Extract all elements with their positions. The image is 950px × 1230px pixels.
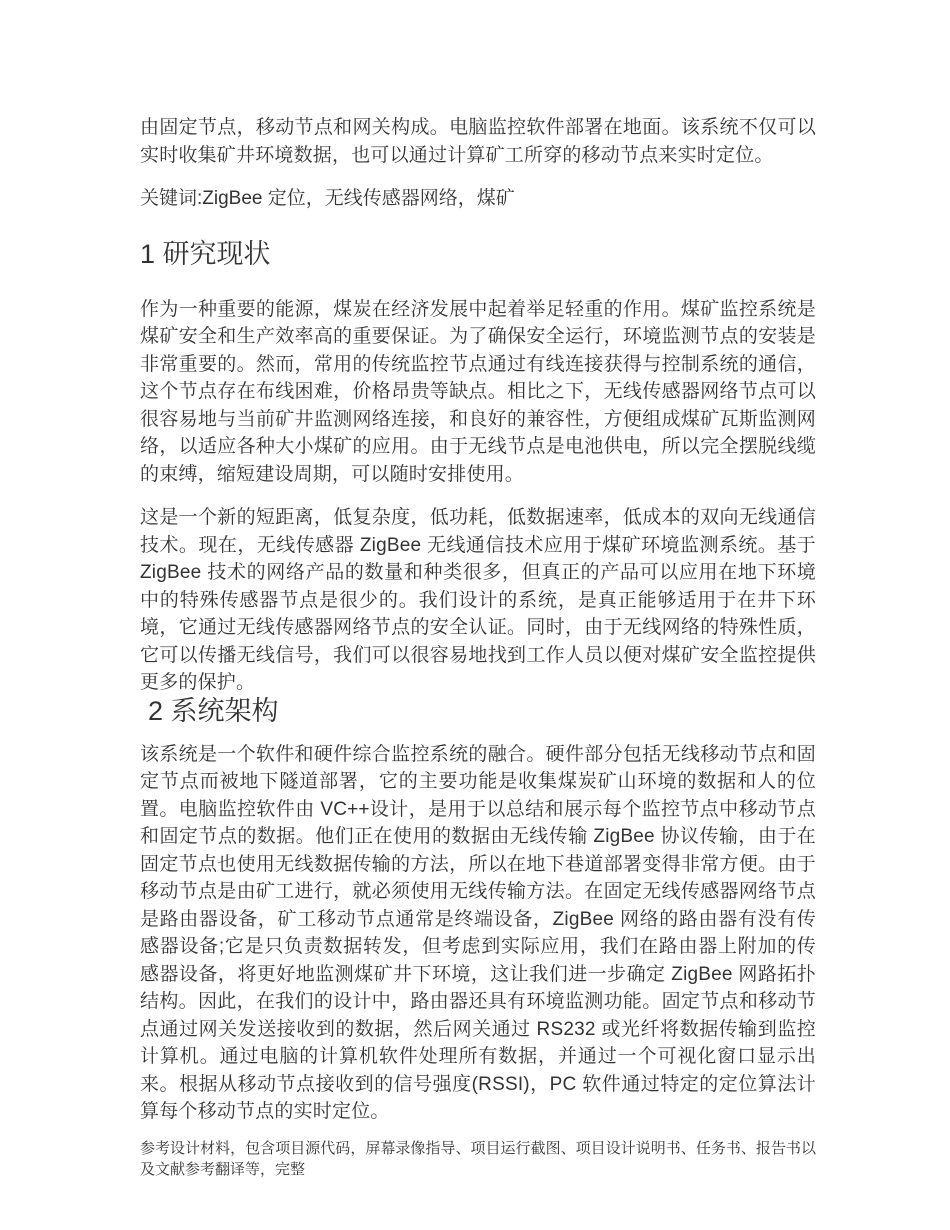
section-1-paragraph-1: 作为一种重要的能源，煤炭在经济发展中起着举足轻重的作用。煤矿监控系统是煤矿安全和… bbox=[140, 296, 816, 489]
section-1-paragraph-2: 这是一个新的短距离，低复杂度，低功耗，低数据速率，低成本的双向无线通信技术。现在… bbox=[140, 504, 816, 697]
keywords-line: 关键词:ZigBee 定位，无线传感器网络，煤矿 bbox=[140, 185, 816, 213]
section-1-heading: 1 研究现状 bbox=[140, 236, 816, 272]
footer-note: 参考设计材料，包含项目源代码，屏幕录像指导、项目运行截图、项目设计说明书、任务书… bbox=[140, 1138, 816, 1180]
document-page: 由固定节点，移动节点和网关构成。电脑监控软件部署在地面。该系统不仅可以实时收集矿… bbox=[0, 0, 950, 1230]
section-2-paragraph-1: 该系统是一个软件和硬件综合监控系统的融合。硬件部分包括无线移动节点和固定节点而被… bbox=[140, 741, 816, 1126]
section-2-heading: 2 系统架构 bbox=[140, 693, 816, 729]
intro-paragraph: 由固定节点，移动节点和网关构成。电脑监控软件部署在地面。该系统不仅可以实时收集矿… bbox=[140, 114, 816, 169]
document-content: 由固定节点，移动节点和网关构成。电脑监控软件部署在地面。该系统不仅可以实时收集矿… bbox=[140, 114, 816, 1180]
